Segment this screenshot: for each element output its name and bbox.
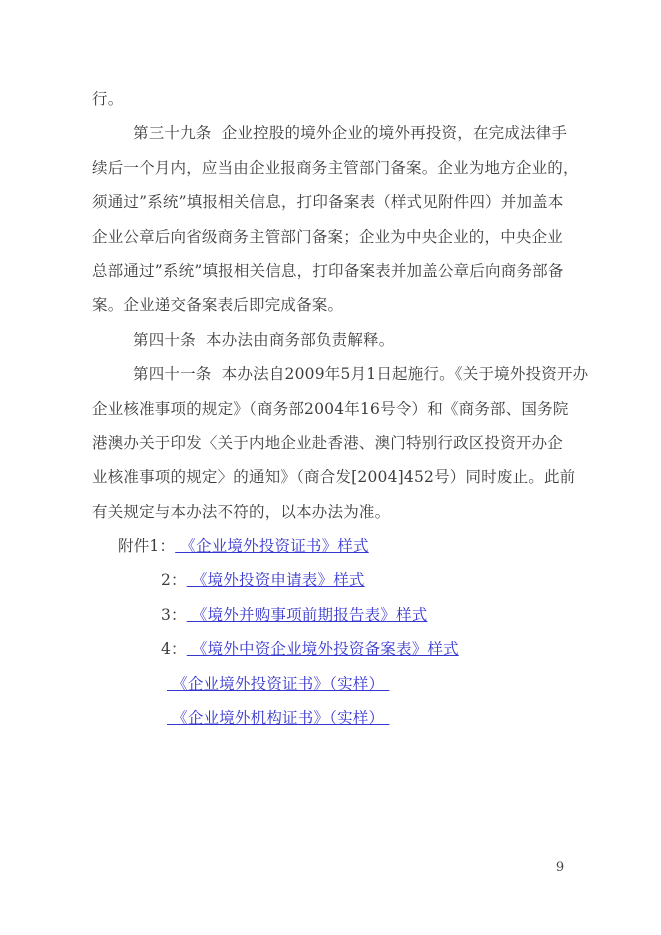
text-line: 企业公章后向省级商务主管部门备案；企业为中央企业的，中央企业	[92, 220, 572, 254]
text-run: 有关规定与本办法不符的，以本办法为准。	[92, 503, 390, 521]
investment-certificate-sample-link[interactable]: 《企业境外投资证书》（实样）	[167, 675, 389, 693]
attachment-4-link[interactable]: 《境外中资企业境外投资备案表》样式	[187, 640, 459, 658]
text-run: 业核准事项的规定〉的通知》（商合发[2004]452号）同时废止。此前	[92, 468, 575, 486]
attachment-3-link[interactable]: 《境外并购事项前期报告表》样式	[187, 606, 428, 624]
text-line: 企业核准事项的规定》（商务部2004年16号令）和《商务部、国务院	[92, 392, 572, 426]
text-line: 《企业境外机构证书》（实样）	[92, 701, 572, 735]
text-line: 有关规定与本办法不符的，以本办法为准。	[92, 495, 572, 529]
text-line: 第三十九条 企业控股的境外企业的境外再投资，在完成法律手	[92, 116, 572, 150]
text-line: 案。企业递交备案表后即完成备案。	[92, 288, 572, 322]
text-run: 3：	[161, 606, 187, 624]
text-line: 业核准事项的规定〉的通知》（商合发[2004]452号）同时废止。此前	[92, 460, 572, 494]
text-line: 附件1： 《企业境外投资证书》样式	[92, 529, 572, 563]
text-line: 《企业境外投资证书》（实样）	[92, 667, 572, 701]
text-line: 总部通过”系统”填报相关信息，打印备案表并加盖公章后向商务部备	[92, 254, 572, 288]
attachment-2-link[interactable]: 《境外投资申请表》样式	[187, 571, 365, 589]
text-run: 案。企业递交备案表后即完成备案。	[92, 296, 343, 314]
text-run: 4：	[161, 640, 187, 658]
text-line: 港澳办关于印发〈关于内地企业赴香港、澳门特别行政区投资开办企	[92, 426, 572, 460]
text-line: 第四十一条 本办法自2009年5月1日起施行。《关于境外投资开办	[92, 357, 572, 391]
text-run: 第四十一条 本办法自2009年5月1日起施行。《关于境外投资开办	[133, 365, 588, 383]
text-run: 第三十九条 企业控股的境外企业的境外再投资，在完成法律手	[133, 124, 567, 142]
text-line: 须通过”系统”填报相关信息，打印备案表（样式见附件四）并加盖本	[92, 185, 572, 219]
text-line: 第四十条 本办法由商务部负责解释。	[92, 323, 572, 357]
text-run: 附件1：	[118, 537, 175, 555]
text-line: 续后一个月内，应当由企业报商务主管部门备案。企业为地方企业的，	[92, 151, 572, 185]
text-run: 行。	[92, 90, 123, 108]
text-run: 2：	[161, 571, 187, 589]
text-line: 行。	[92, 82, 572, 116]
text-line: 2： 《境外投资申请表》样式	[92, 563, 572, 597]
text-run: 续后一个月内，应当由企业报商务主管部门备案。企业为地方企业的，	[92, 159, 579, 177]
document-body: 行。第三十九条 企业控股的境外企业的境外再投资，在完成法律手续后一个月内，应当由…	[92, 82, 572, 735]
institution-certificate-sample-link[interactable]: 《企业境外机构证书》（实样）	[167, 709, 389, 727]
text-run: 总部通过”系统”填报相关信息，打印备案表并加盖公章后向商务部备	[92, 262, 564, 280]
text-run: 企业公章后向省级商务主管部门备案；企业为中央企业的，中央企业	[92, 228, 563, 246]
text-run: 港澳办关于印发〈关于内地企业赴香港、澳门特别行政区投资开办企	[92, 434, 563, 452]
attachment-1-link[interactable]: 《企业境外投资证书》样式	[175, 537, 369, 555]
page-number: 9	[550, 858, 570, 878]
text-run: 须通过”系统”填报相关信息，打印备案表（样式见附件四）并加盖本	[92, 193, 564, 211]
text-run: 第四十条 本办法由商务部负责解释。	[133, 331, 394, 349]
document-page: 行。第三十九条 企业控股的境外企业的境外再投资，在完成法律手续后一个月内，应当由…	[0, 0, 661, 935]
text-line: 3： 《境外并购事项前期报告表》样式	[92, 598, 572, 632]
text-line: 4： 《境外中资企业境外投资备案表》样式	[92, 632, 572, 666]
text-run: 企业核准事项的规定》（商务部2004年16号令）和《商务部、国务院	[92, 400, 569, 418]
